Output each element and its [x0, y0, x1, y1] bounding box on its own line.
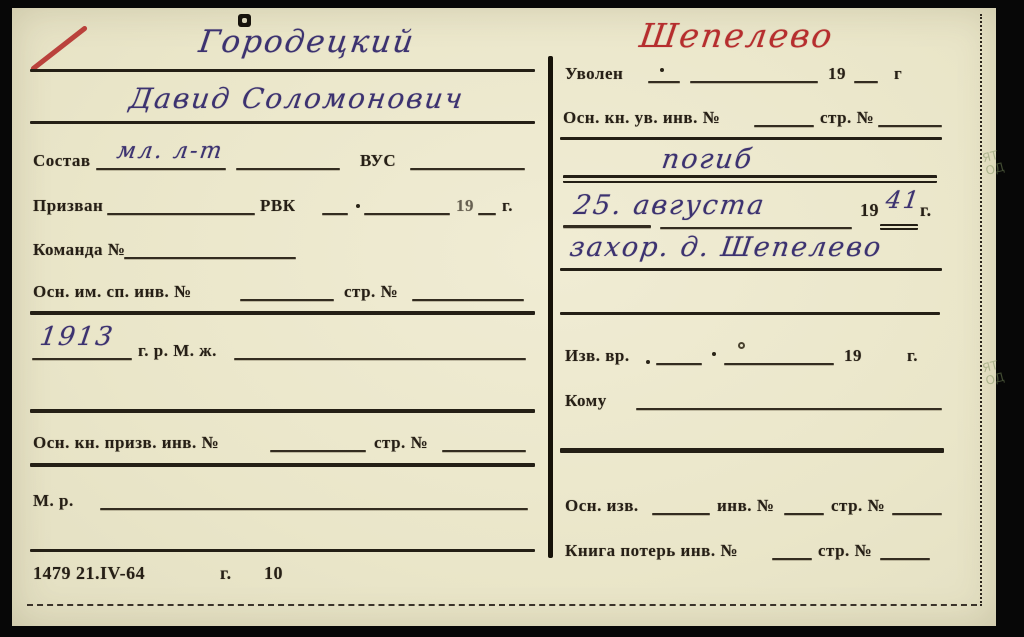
izv-year-printed: 19: [844, 346, 862, 366]
blank-line: [563, 225, 651, 228]
blank-line: [234, 358, 526, 360]
blank-line: [96, 168, 226, 170]
ink-dot: [712, 352, 716, 356]
mr-label: М. р.: [33, 491, 74, 511]
prizvan-god-label: г.: [502, 196, 513, 216]
death-year-printed: 19: [860, 200, 879, 221]
ink-dot: [646, 360, 650, 364]
fate-handwritten: погиб: [660, 144, 756, 175]
ruled-line: [30, 121, 535, 124]
blank-line: [236, 168, 340, 170]
blank-line: [854, 81, 878, 83]
sostav-label: Состав: [33, 151, 91, 171]
blank-line: [878, 125, 942, 127]
ruled-line: [30, 409, 535, 413]
blank-line: [442, 450, 526, 452]
ruled-line: [560, 137, 942, 140]
surname-handwritten: Городецкий: [104, 24, 509, 60]
watermark-fragment: ЯТ ОД: [981, 148, 1006, 178]
uvolen-label: Уволен: [565, 64, 623, 84]
ruled-line: [560, 312, 940, 315]
ruled-line: [560, 268, 942, 271]
osn-izv-label: Осн. изв.: [565, 496, 639, 516]
place-name-red-handwritten: Шепелево: [637, 16, 836, 55]
str-label: стр. №: [831, 496, 885, 516]
osn-kn-uv-label: Осн. кн. ув. инв. №: [563, 108, 720, 128]
blank-line: [892, 513, 942, 515]
blank-line: [636, 408, 942, 410]
blank-line: [32, 358, 132, 360]
perforation-line: [980, 14, 982, 606]
prizvan-label: Призван: [33, 196, 103, 216]
blank-line: [724, 363, 834, 365]
str-label: стр. №: [374, 433, 428, 453]
birth-year-handwritten: 1913: [38, 322, 116, 352]
str-label: стр. №: [818, 541, 872, 561]
komu-label: Кому: [565, 391, 607, 411]
ruled-line: [30, 69, 535, 72]
blank-line: [100, 508, 528, 510]
prizvan-year-printed: 19: [456, 196, 474, 216]
osn-kn-prizv-label: Осн. кн. призв. инв. №: [33, 433, 219, 453]
rank-handwritten: мл. л-т: [115, 138, 225, 164]
double-underline: [880, 224, 918, 230]
rvk-label: РВК: [260, 196, 296, 216]
ink-dot: [356, 204, 360, 208]
ruled-line: [30, 549, 535, 552]
str-label: стр. №: [344, 282, 398, 302]
blank-line: [656, 363, 702, 365]
str-label: стр. №: [820, 108, 874, 128]
death-god-label: г.: [920, 200, 932, 221]
stamp-god-label: г.: [220, 563, 232, 584]
birth-label: г. р. М. ж.: [138, 341, 217, 361]
osn-im-label: Осн. им. сп. инв. №: [33, 282, 192, 302]
red-check-mark: [30, 25, 88, 72]
ruled-line: [30, 311, 535, 315]
heavy-ruled-line: [560, 448, 944, 453]
dashed-separator: [27, 604, 977, 606]
blank-line: [364, 213, 450, 215]
blank-line: [784, 513, 824, 515]
ruled-line: [30, 463, 535, 467]
ink-ring: [738, 342, 745, 349]
komanda-label: Команда №: [33, 240, 125, 260]
blank-line: [322, 213, 348, 215]
double-ruled-line: [563, 175, 937, 183]
blank-line: [107, 213, 255, 215]
blank-line: [648, 81, 680, 83]
izv-vr-label: Изв. вр.: [565, 346, 630, 366]
death-date-handwritten: 25. августа: [572, 190, 768, 221]
blank-line: [410, 168, 525, 170]
watermark-fragment: ЯТ ОД: [981, 358, 1006, 388]
uvolen-god-label: г: [894, 64, 902, 84]
column-divider: [548, 56, 553, 558]
inv-label: инв. №: [717, 496, 774, 516]
ink-dot: [660, 68, 664, 72]
blank-line: [772, 558, 812, 560]
burial-handwritten: захор. д. Шепелево: [568, 232, 885, 263]
blank-line: [240, 299, 334, 301]
blank-line: [652, 513, 710, 515]
blank-line: [660, 227, 852, 229]
stamp-page: 10: [264, 563, 283, 584]
stamp-number: 1479 21.IV-64: [33, 563, 145, 584]
blank-line: [124, 257, 296, 259]
blank-line: [754, 125, 814, 127]
vus-label: ВУС: [360, 151, 396, 171]
blank-line: [412, 299, 524, 301]
blank-line: [478, 213, 496, 215]
blank-line: [270, 450, 366, 452]
blank-line: [880, 558, 930, 560]
kniga-poter-label: Книга потерь инв. №: [565, 541, 738, 561]
record-card: Городецкий Давид Соломонович Состав мл. …: [12, 8, 996, 626]
izv-god-label: г.: [907, 346, 918, 366]
death-year-handwritten: 41: [884, 186, 922, 214]
name-patronymic-handwritten: Давид Соломонович: [70, 82, 525, 115]
blank-line: [690, 81, 818, 83]
uvolen-year-printed: 19: [828, 64, 846, 84]
